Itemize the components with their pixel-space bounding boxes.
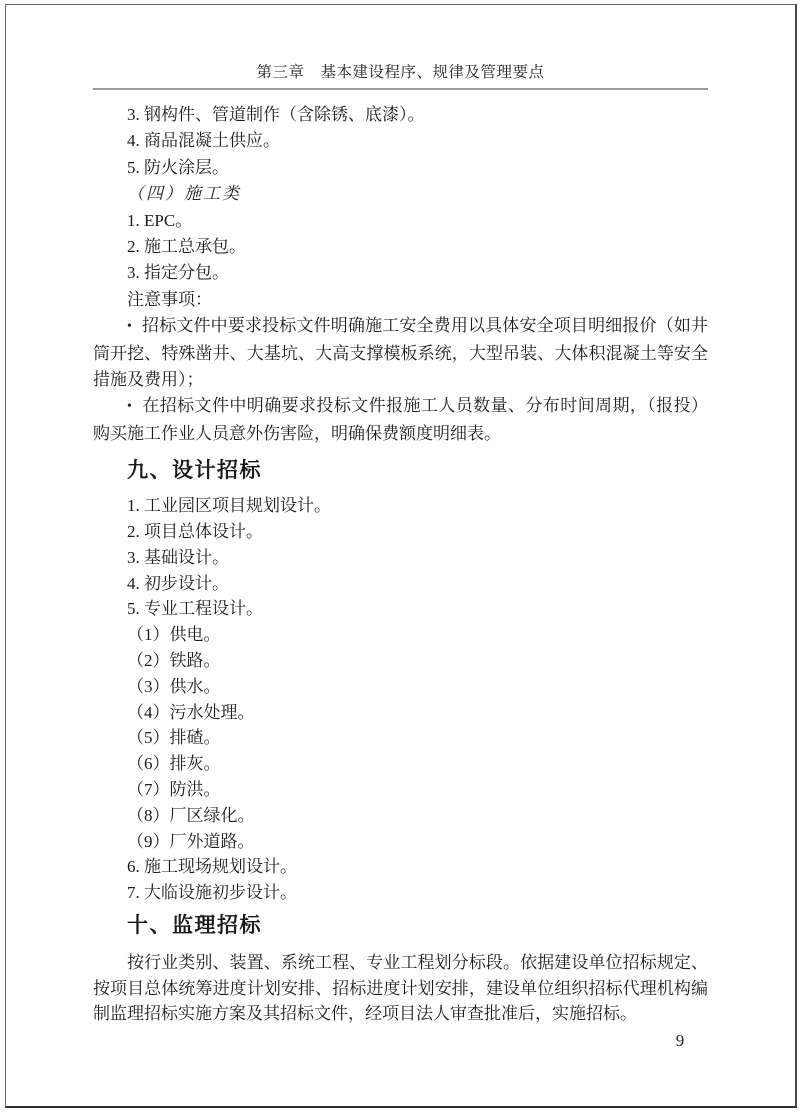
design-item: 6. 施工现场规划设计。	[93, 854, 708, 880]
construction-item: 2. 施工总承包。	[93, 234, 708, 260]
construction-item: 3. 指定分包。	[93, 260, 708, 286]
design-item: 1. 工业园区项目规划设计。	[93, 493, 708, 519]
page-number: 9	[668, 1030, 692, 1052]
procurement-item: 3. 钢构件、管道制作（含除锈、底漆）。	[93, 102, 708, 128]
design-item: （9）厂外道路。	[93, 829, 708, 855]
design-item: （3）供水。	[93, 674, 708, 700]
note-bullet-item: •招标文件中要求投标文件明确施工安全费用以具体安全项目明细报价（如井筒开挖、特殊…	[93, 313, 708, 393]
running-header: 第三章 基本建设程序、规律及管理要点	[93, 64, 708, 81]
supervision-section-heading: 十、监理招标	[93, 911, 708, 941]
design-item: 3. 基础设计。	[93, 545, 708, 571]
design-item: （2）铁路。	[93, 648, 708, 674]
design-item: （7）防洪。	[93, 777, 708, 803]
bullet-icon: •	[127, 314, 132, 340]
body-text: 3. 钢构件、管道制作（含除锈、底漆）。 4. 商品混凝土供应。 5. 防火涂层…	[93, 102, 708, 447]
design-item: （8）厂区绿化。	[93, 803, 708, 829]
design-list: 1. 工业园区项目规划设计。 2. 项目总体设计。 3. 基础设计。 4. 初步…	[93, 493, 708, 906]
design-item: 5. 专业工程设计。	[93, 596, 708, 622]
note-text: 招标文件中要求投标文件明确施工安全费用以具体安全项目明细报价（如井筒开挖、特殊凿…	[93, 316, 708, 389]
design-item: （1）供电。	[93, 622, 708, 648]
procurement-item: 4. 商品混凝土供应。	[93, 128, 708, 154]
note-bullet-item: •在招标文件中明确要求投标文件报施工人员数量、分布时间周期，（报投）购买施工作业…	[93, 393, 708, 447]
design-item: （4）污水处理。	[93, 700, 708, 726]
page-content: 第三章 基本建设程序、规律及管理要点 3. 钢构件、管道制作（含除锈、底漆）。 …	[93, 0, 708, 1027]
category-heading: （四）施工类	[93, 181, 708, 207]
design-item: （6）排灰。	[93, 751, 708, 777]
procurement-item: 5. 防火涂层。	[93, 155, 708, 181]
note-text: 在招标文件中明确要求投标文件报施工人员数量、分布时间周期，（报投）购买施工作业人…	[93, 396, 708, 442]
design-section-heading: 九、设计招标	[93, 456, 708, 486]
design-item: 4. 初步设计。	[93, 571, 708, 597]
notes-label: 注意事项：	[93, 287, 708, 313]
bullet-icon: •	[127, 394, 132, 420]
design-item: （5）排碴。	[93, 725, 708, 751]
supervision-paragraph: 按行业类别、装置、系统工程、专业工程划分标段。依据建设单位招标规定、按项目总体统…	[93, 950, 708, 1027]
design-item: 2. 项目总体设计。	[93, 519, 708, 545]
design-item: 7. 大临设施初步设计。	[93, 880, 708, 906]
construction-item: 1. EPC。	[93, 208, 708, 234]
header-rule	[93, 88, 708, 90]
